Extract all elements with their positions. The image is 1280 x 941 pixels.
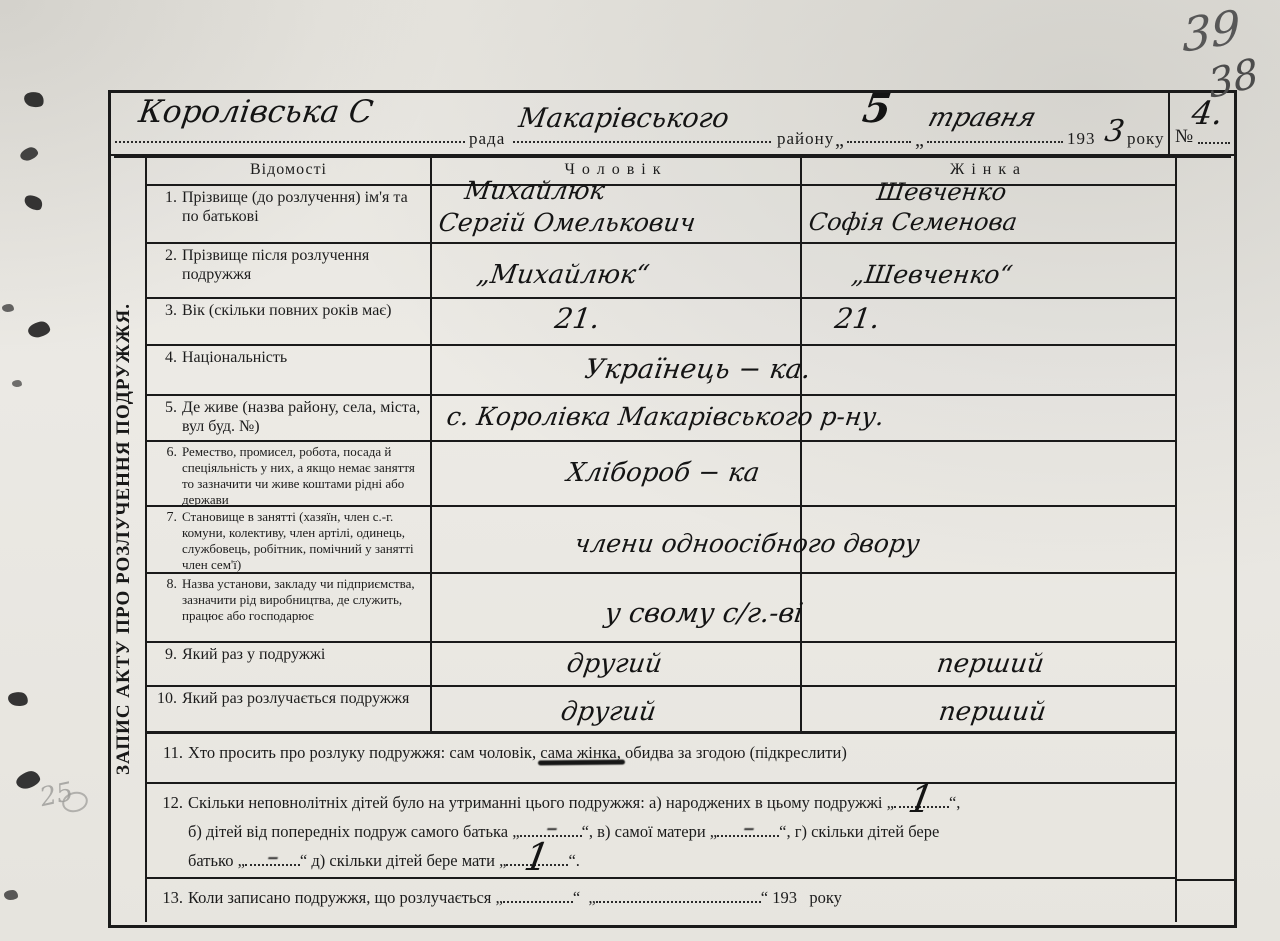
quote: „ bbox=[238, 851, 245, 870]
ink-blot bbox=[12, 380, 22, 387]
husband-name-handwritten: Сергій Омелькович bbox=[437, 210, 697, 235]
section-text: обидва за згодою (підкреслити) bbox=[621, 743, 847, 762]
children-to-father-value: − bbox=[266, 851, 279, 866]
row-label: Вік (скільки повних років має) bbox=[182, 302, 391, 342]
table-row: 8.Назва установи, закладу чи підприємств… bbox=[147, 574, 1175, 643]
section-text: . bbox=[576, 851, 580, 870]
day-handwritten: 5 bbox=[860, 89, 893, 129]
row-number: 12. bbox=[153, 788, 188, 817]
section-13: 13.Коли записано подружжя, що розлучаєть… bbox=[147, 879, 1175, 922]
underlined-choice-wife: сама жінка, bbox=[540, 743, 621, 762]
husband-divorce-count: другий bbox=[559, 699, 657, 725]
children-to-mother-blank: 1 bbox=[506, 864, 568, 866]
row-label: Назва установи, закладу чи підприємства,… bbox=[182, 576, 424, 639]
wife-marriage-count: перший bbox=[935, 651, 1046, 677]
table-row: 9.Який раз у подружжі другий перший bbox=[147, 643, 1175, 687]
children-to-mother-value: 1 bbox=[522, 838, 553, 876]
row-label: Який раз розлучається подружжя bbox=[182, 690, 409, 729]
rayon-label: району bbox=[777, 129, 834, 149]
wife-divorce-count: перший bbox=[937, 699, 1048, 725]
district-handwritten: Макарівського bbox=[517, 105, 730, 132]
number-column bbox=[1175, 156, 1234, 922]
month-blank-line bbox=[927, 140, 1063, 143]
children-born-value: 1 bbox=[906, 780, 937, 818]
row-number: 7. bbox=[149, 509, 182, 570]
divorce-record-form: Королівська С рада Макарівського району … bbox=[108, 90, 1237, 928]
row-label: Прізвище після розлучення подружжя bbox=[182, 247, 424, 295]
table-row: 3.Вік (скільки повних років має) 21. 21. bbox=[147, 299, 1175, 346]
ink-blot bbox=[27, 320, 52, 339]
residence-handwritten: с. Королівка Макарівського р-ну. bbox=[445, 404, 886, 429]
marriage-date-month-blank bbox=[596, 901, 761, 903]
row-number: 6. bbox=[149, 444, 182, 503]
section-text: Хто просить про розлуку подружжя: сам чо… bbox=[188, 743, 540, 762]
workplace-handwritten: у свому с/г.-ві bbox=[603, 600, 805, 627]
ink-blot bbox=[18, 145, 39, 162]
row-label: Який раз у подружжі bbox=[182, 646, 325, 683]
row-number: 10. bbox=[149, 690, 182, 729]
rada-label: рада bbox=[469, 129, 505, 149]
row-number: 8. bbox=[149, 576, 182, 639]
open-quote: „ bbox=[915, 129, 925, 152]
wife-surname-handwritten: Шевченко bbox=[875, 180, 1008, 204]
row-label: Становище в занятті (хазяїн, член с.-г. … bbox=[182, 509, 424, 570]
husband-marriage-count: другий bbox=[565, 651, 663, 677]
mother-prev-children-value: − bbox=[742, 822, 755, 837]
table-row: 5.Де живе (назва району, села, міста, ву… bbox=[147, 396, 1175, 442]
table-row: 10.Який раз розлучається подружжя другий… bbox=[147, 687, 1175, 734]
column-divider-line bbox=[1175, 879, 1234, 881]
quote: „ bbox=[512, 822, 519, 841]
act-title-vertical: ЗАПИС АКТУ ПРО РОЗЛУЧЕННЯ ПОДРУЖЖЯ. bbox=[113, 156, 143, 922]
year-printed: 193 bbox=[1067, 129, 1096, 149]
roku-label: року bbox=[1127, 129, 1165, 149]
settlement-handwritten: Королівська С bbox=[137, 97, 375, 128]
section-text: д) скільки дітей бере мати bbox=[307, 851, 499, 870]
row-number: 13. bbox=[153, 883, 188, 912]
mother-prev-children-blank: − bbox=[717, 835, 779, 837]
table-row: 4.Національність Українець − ка. bbox=[147, 346, 1175, 396]
table-row: 7.Становище в занятті (хазяїн, член с.-г… bbox=[147, 507, 1175, 574]
vertical-title-column: ЗАПИС АКТУ ПРО РОЗЛУЧЕННЯ ПОДРУЖЖЯ. bbox=[111, 156, 147, 922]
wife-name-handwritten: Софія Семенова bbox=[807, 210, 1018, 234]
quote: “, bbox=[949, 793, 960, 812]
row-label: Ремество, промисел, робота, посада й спе… bbox=[182, 444, 424, 503]
husband-surname-handwritten: Михайлюк bbox=[463, 178, 606, 203]
row-number: 3. bbox=[149, 302, 182, 342]
quote: “ bbox=[568, 851, 575, 870]
ink-blot bbox=[7, 691, 29, 708]
table-header-row: Відомості Чоловік Жінка bbox=[147, 156, 1175, 186]
form-header: Королівська С рада Макарівського району … bbox=[111, 93, 1234, 156]
children-to-father-blank: − bbox=[245, 864, 300, 866]
quote: “ bbox=[573, 888, 580, 907]
section-text: г) скільки дітей бере bbox=[791, 822, 940, 841]
day-blank-line bbox=[847, 140, 911, 143]
wife-cell bbox=[802, 574, 1175, 641]
quote: “, bbox=[779, 822, 790, 841]
number-blank-line bbox=[1198, 142, 1230, 144]
section-11: 11.Хто просить про розлуку подружжя: сам… bbox=[147, 734, 1175, 784]
ink-blot bbox=[22, 90, 45, 109]
settlement-blank-line bbox=[115, 140, 465, 143]
husband-post-divorce-surname: „Михайлюк“ bbox=[475, 262, 651, 288]
row-number: 9. bbox=[149, 646, 182, 683]
column-header-info: Відомості bbox=[147, 156, 432, 184]
table-row: 2.Прізвище після розлучення подружжя „Ми… bbox=[147, 244, 1175, 299]
month-handwritten: травня bbox=[925, 105, 1039, 131]
ink-blot bbox=[22, 192, 45, 213]
nationality-handwritten: Українець − ка. bbox=[583, 356, 812, 383]
husband-cell bbox=[432, 299, 802, 344]
section-text: батько bbox=[188, 851, 238, 870]
section-text: в) самої матери bbox=[593, 822, 710, 841]
roku-label: року bbox=[809, 888, 842, 907]
row-number: 5. bbox=[149, 399, 182, 438]
wife-cell bbox=[802, 442, 1175, 505]
district-blank-line bbox=[513, 140, 771, 143]
husband-age-handwritten: 21. bbox=[553, 305, 601, 333]
section-text: Скільки неповнолітніх дітей було на утри… bbox=[188, 793, 887, 812]
row-number: 2. bbox=[149, 247, 182, 295]
ink-blot bbox=[4, 890, 18, 900]
occupation-handwritten: Хлібороб − ка bbox=[565, 460, 761, 486]
row-label: Прізвище (до розлучення) ім'я та по бать… bbox=[182, 189, 424, 240]
quote: „ bbox=[496, 888, 503, 907]
quote: „ bbox=[499, 851, 506, 870]
section-text: б) дітей від попередніх подруж самого ба… bbox=[188, 822, 512, 841]
table-row: 6.Ремество, промисел, робота, посада й с… bbox=[147, 442, 1175, 507]
row-number: 11. bbox=[153, 738, 188, 767]
year-digit-handwritten: 3 bbox=[1103, 117, 1126, 147]
marriage-date-day-blank bbox=[503, 901, 573, 903]
page-number-pencil: 38 bbox=[1206, 50, 1262, 108]
table-row: 1.Прізвище (до розлучення) ім'я та по ба… bbox=[147, 186, 1175, 244]
children-born-blank: 1 bbox=[894, 806, 949, 808]
row-label: Національність bbox=[182, 349, 287, 392]
wife-age-handwritten: 21. bbox=[833, 305, 881, 333]
quote: „ bbox=[887, 793, 894, 812]
row-label: Де живе (назва району, села, міста, вул … bbox=[182, 399, 424, 438]
quote: „ bbox=[710, 822, 717, 841]
section-text: Коли записано подружжя, що розлучається bbox=[188, 888, 496, 907]
page-number-pencil: 39 bbox=[1182, 0, 1241, 63]
section-12: 12.Скільки неповнолітніх дітей було на у… bbox=[147, 784, 1175, 879]
quote: “ bbox=[761, 888, 768, 907]
year-printed: 193 bbox=[772, 888, 797, 907]
wife-post-divorce-surname: „Шевченко“ bbox=[850, 262, 1014, 287]
row-number: 1. bbox=[149, 189, 182, 240]
work-status-handwritten: члени одноосібного двору bbox=[573, 531, 921, 556]
ink-blot bbox=[2, 304, 14, 312]
quote: „ bbox=[588, 888, 595, 907]
wife-cell bbox=[802, 346, 1175, 394]
quote: “, bbox=[582, 822, 593, 841]
open-quote: „ bbox=[835, 129, 845, 152]
row-number: 4. bbox=[149, 349, 182, 392]
